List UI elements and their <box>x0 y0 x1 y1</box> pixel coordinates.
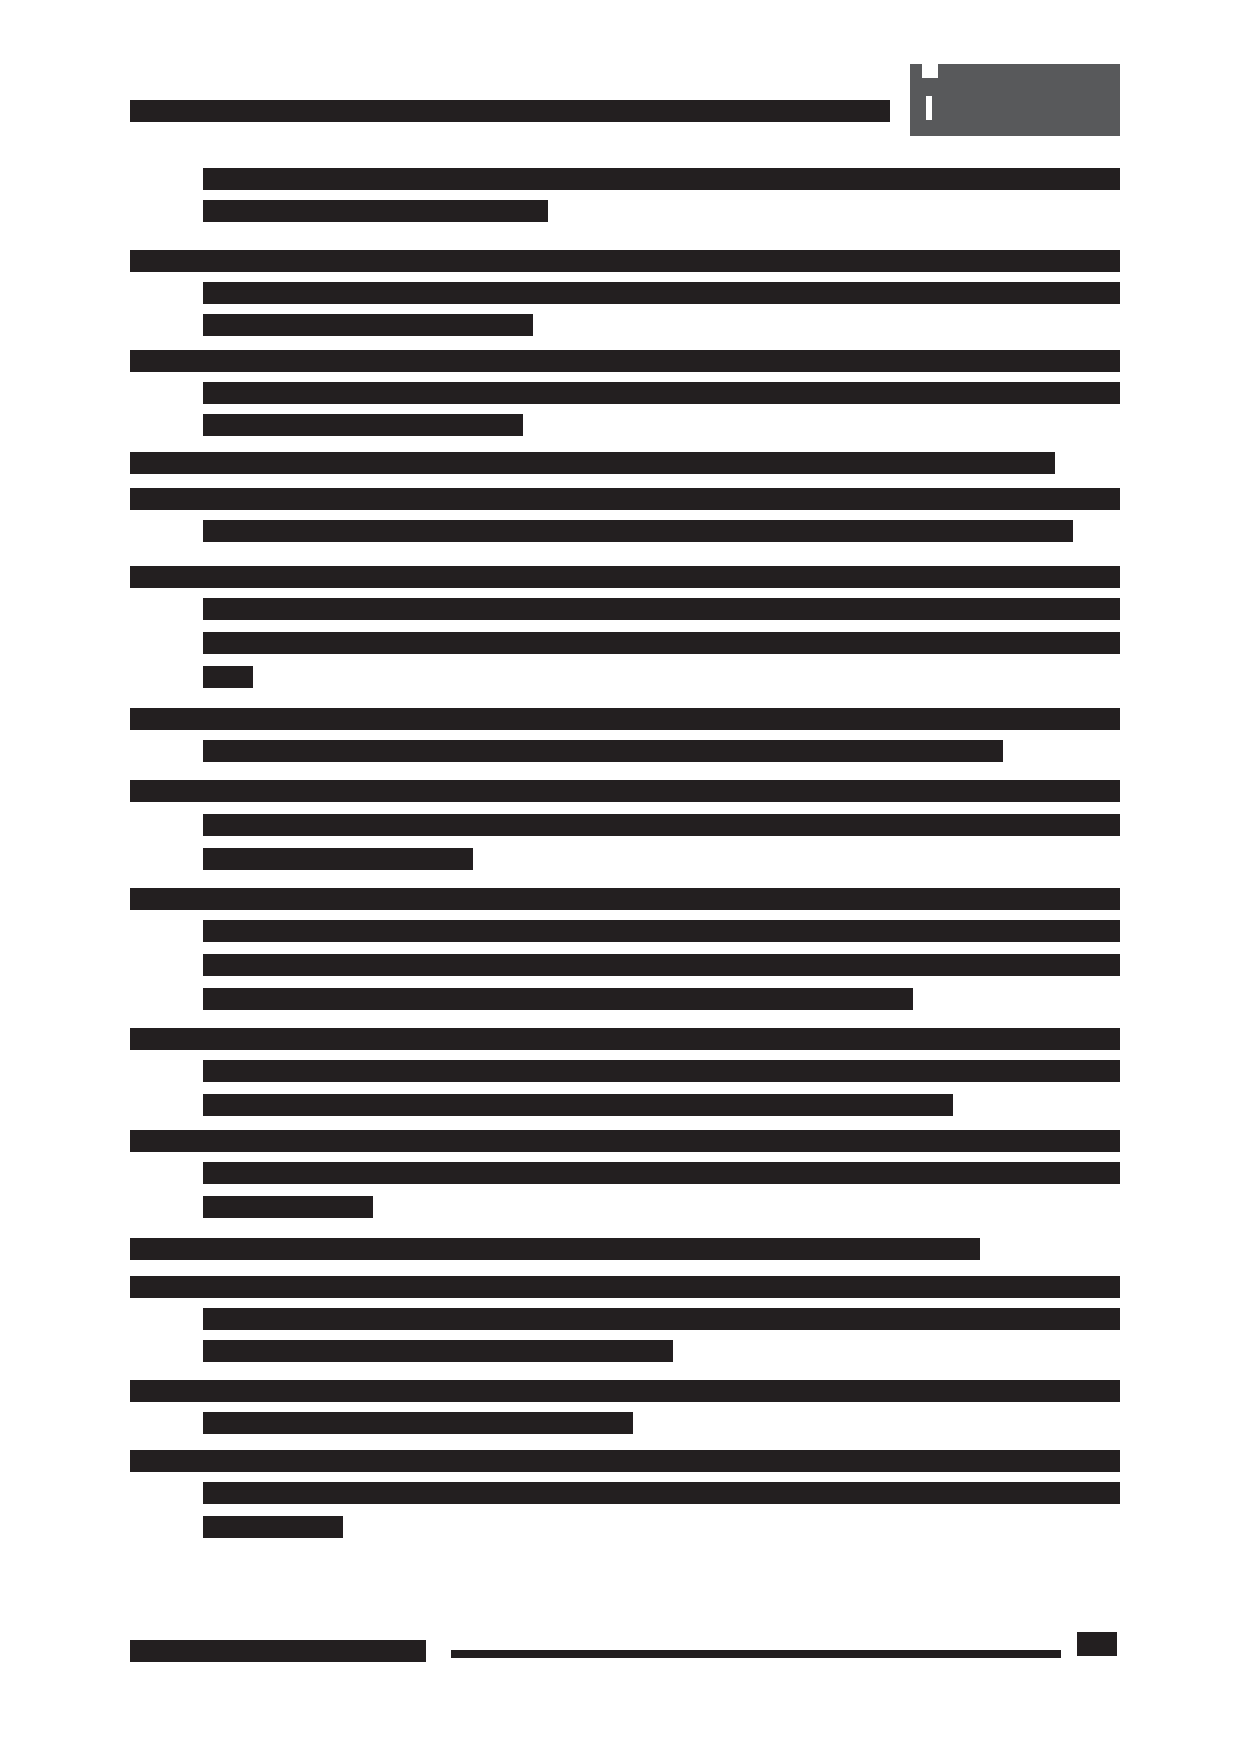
reference-line <box>130 1238 980 1260</box>
reference-line <box>130 350 1120 372</box>
reference-line <box>203 1482 1120 1504</box>
reference-line <box>130 250 1120 272</box>
reference-line <box>203 1162 1120 1184</box>
reference-line <box>130 1380 1120 1402</box>
reference-line <box>203 382 1120 404</box>
reference-line <box>203 988 913 1010</box>
reference-line <box>130 888 1120 910</box>
reference-line <box>203 632 1120 654</box>
page-number <box>1077 1632 1117 1656</box>
reference-line <box>203 954 1120 976</box>
reference-line <box>203 1094 953 1116</box>
journal-logo-notch <box>922 64 938 78</box>
reference-line <box>130 1130 1120 1152</box>
reference-line <box>203 282 1120 304</box>
reference-line <box>203 1516 343 1538</box>
reference-line <box>203 814 1120 836</box>
reference-line <box>130 1028 1120 1050</box>
reference-line <box>203 168 1120 190</box>
reference-line <box>203 598 1120 620</box>
reference-line <box>203 920 1120 942</box>
journal-logo <box>910 64 1120 136</box>
reference-line <box>203 666 253 688</box>
journal-logo-slot <box>926 96 932 120</box>
reference-line <box>130 708 1120 730</box>
running-header <box>130 100 890 122</box>
reference-line <box>130 452 1055 474</box>
reference-line <box>203 314 533 336</box>
reference-line <box>130 1450 1120 1472</box>
reference-line <box>203 200 548 222</box>
reference-line <box>203 1340 673 1362</box>
reference-line <box>130 1276 1120 1298</box>
reference-line <box>203 1196 373 1218</box>
reference-line <box>203 1060 1120 1082</box>
reference-line <box>203 520 1073 542</box>
reference-line <box>130 488 1120 510</box>
reference-line <box>130 566 1120 588</box>
footer-left-text <box>130 1640 426 1662</box>
reference-line <box>130 780 1120 802</box>
reference-line <box>203 1308 1120 1330</box>
reference-line <box>203 414 523 436</box>
reference-line <box>203 1412 633 1434</box>
footer-rule <box>451 1650 1061 1658</box>
reference-line <box>203 848 473 870</box>
reference-line <box>203 740 1003 762</box>
